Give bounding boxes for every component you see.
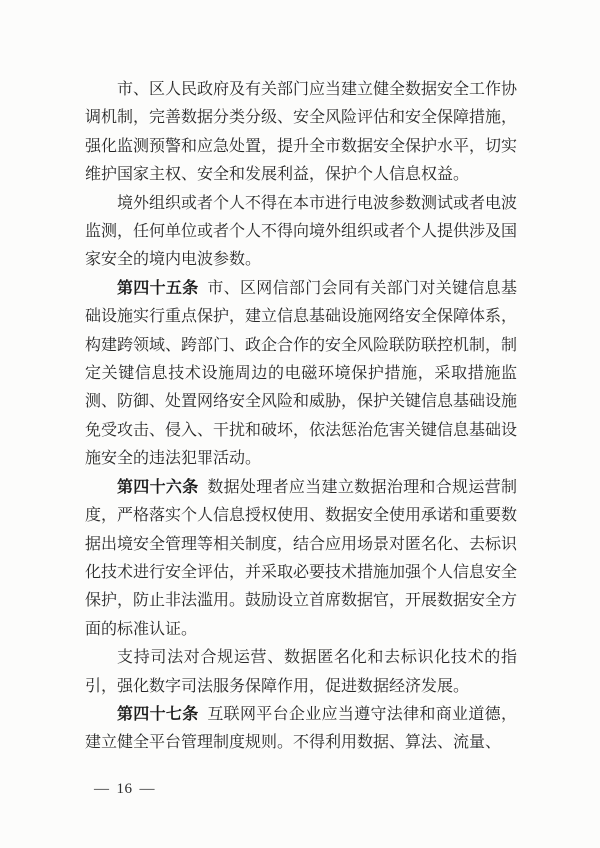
page-number: 16 — [117, 781, 133, 797]
paragraph-text: 数据处理者应当建立数据治理和合规运营制度，严格落实个人信息授权使用、数据安全使用… — [85, 479, 517, 638]
paragraph-text: 市、区人民政府及有关部门应当建立健全数据安全工作协调机制，完善数据分类分级、安全… — [85, 81, 517, 183]
paragraph: 第四十六条数据处理者应当建立数据治理和合规运营制度，严格落实个人信息授权使用、数… — [85, 474, 517, 644]
paragraph: 市、区人民政府及有关部门应当建立健全数据安全工作协调机制，完善数据分类分级、安全… — [85, 76, 517, 190]
paragraph: 第四十五条市、区网信部门会同有关部门对关键信息基础设施实行重点保护，建立信息基础… — [85, 275, 517, 474]
document-body: 市、区人民政府及有关部门应当建立健全数据安全工作协调机制，完善数据分类分级、安全… — [85, 76, 517, 758]
paragraph-text: 境外组织或者个人不得在本市进行电波参数测试或者电波监测，任何单位或者个人不得向境… — [85, 195, 517, 269]
article-number: 第四十七条 — [117, 706, 199, 723]
paragraph: 第四十七条互联网平台企业应当遵守法律和商业道德，建立健全平台管理制度规则。不得利… — [85, 701, 517, 758]
paragraph: 境外组织或者个人不得在本市进行电波参数测试或者电波监测，任何单位或者个人不得向境… — [85, 190, 517, 275]
page-footer: —16— — [94, 781, 155, 798]
footer-dash-right: — — [140, 781, 156, 797]
article-number: 第四十五条 — [117, 280, 199, 297]
paragraph-text: 市、区网信部门会同有关部门对关键信息基础设施实行重点保护，建立信息基础设施网络安… — [85, 280, 517, 467]
article-number: 第四十六条 — [117, 479, 199, 496]
paragraph: 支持司法对合规运营、数据匿名化和去标识化技术的指引，强化数字司法服务保障作用，促… — [85, 644, 517, 701]
document-page: 市、区人民政府及有关部门应当建立健全数据安全工作协调机制，完善数据分类分级、安全… — [0, 0, 600, 848]
paragraph-text: 支持司法对合规运营、数据匿名化和去标识化技术的指引，强化数字司法服务保障作用，促… — [85, 649, 517, 694]
footer-dash-left: — — [94, 781, 110, 797]
